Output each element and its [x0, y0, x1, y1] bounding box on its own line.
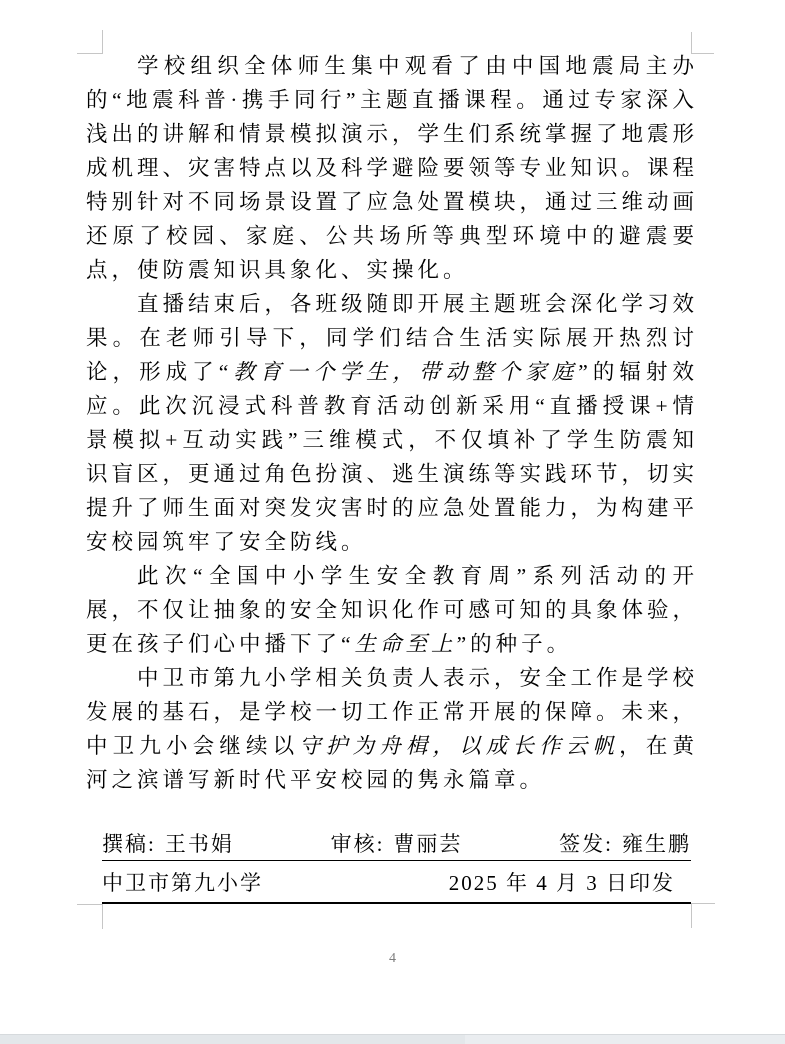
page-number: 4 — [0, 951, 785, 967]
body-paragraph: 中卫市第九小学相关负责人表示，安全工作是学校发展的基石，是学校一切工作正常开展的… — [86, 661, 698, 797]
organization-name: 中卫市第九小学 — [102, 867, 263, 897]
italic-text-segment: 生命至上 — [355, 632, 457, 656]
body-paragraph: 直播结束后，各班级随即开展主题班会深化学习效果。在老师引导下，同学们结合生活实际… — [86, 287, 698, 559]
reviewer-label: 审核: — [331, 832, 385, 856]
reviewer-name: 曹丽芸 — [393, 832, 462, 856]
issuer-field: 签发:雍生鹏 — [559, 828, 691, 858]
page-gap-strip — [0, 1034, 785, 1044]
drafter-label: 撰稿: — [102, 832, 156, 856]
document-body: 学校组织全体师生集中观看了由中国地震局主办的“地震科普·携手同行”主题直播课程。… — [86, 49, 698, 797]
issuer-label: 签发: — [559, 832, 613, 856]
italic-text-segment: 守护为舟楫，以成长作云帆 — [299, 734, 619, 758]
italic-text-segment: 教育一个学生，带动整个家庭 — [232, 360, 578, 384]
text-segment: 学校组织全体师生集中观看了由中国地震局主办的“地震科普·携手同行”主题直播课程。… — [86, 54, 698, 282]
body-paragraph: 此次“全国中小学生安全教育周”系列活动的开展，不仅让抽象的安全知识化作可感可知的… — [86, 559, 698, 661]
page-gap-strip-left — [0, 1035, 465, 1044]
body-paragraph: 学校组织全体师生集中观看了由中国地震局主办的“地震科普·携手同行”主题直播课程。… — [86, 49, 698, 287]
crop-mark-bottom-right — [691, 903, 715, 928]
footer-issue-row: 中卫市第九小学 2025 年 4 月 3 日印发 — [102, 861, 691, 904]
text-segment: ”的辐射效应。此次沉浸式科普教育活动创新采用“直播授课+情景模拟+互动实践”三维… — [86, 360, 698, 554]
crop-mark-bottom-left — [77, 904, 103, 929]
reviewer-field: 审核:曹丽芸 — [331, 828, 463, 858]
document-footer: 撰稿:王书娟 审核:曹丽芸 签发:雍生鹏 中卫市第九小学 2025 年 4 月 … — [102, 826, 691, 904]
text-segment: ”的种子。 — [457, 632, 573, 656]
drafter-name: 王书娟 — [165, 832, 234, 856]
footer-signature-row: 撰稿:王书娟 审核:曹丽芸 签发:雍生鹏 — [102, 826, 691, 861]
print-date: 2025 年 4 月 3 日印发 — [449, 867, 675, 897]
drafter-field: 撰稿:王书娟 — [102, 828, 234, 858]
document-page: 学校组织全体师生集中观看了由中国地震局主办的“地震科普·携手同行”主题直播课程。… — [0, 0, 785, 1044]
issuer-name: 雍生鹏 — [622, 832, 691, 856]
